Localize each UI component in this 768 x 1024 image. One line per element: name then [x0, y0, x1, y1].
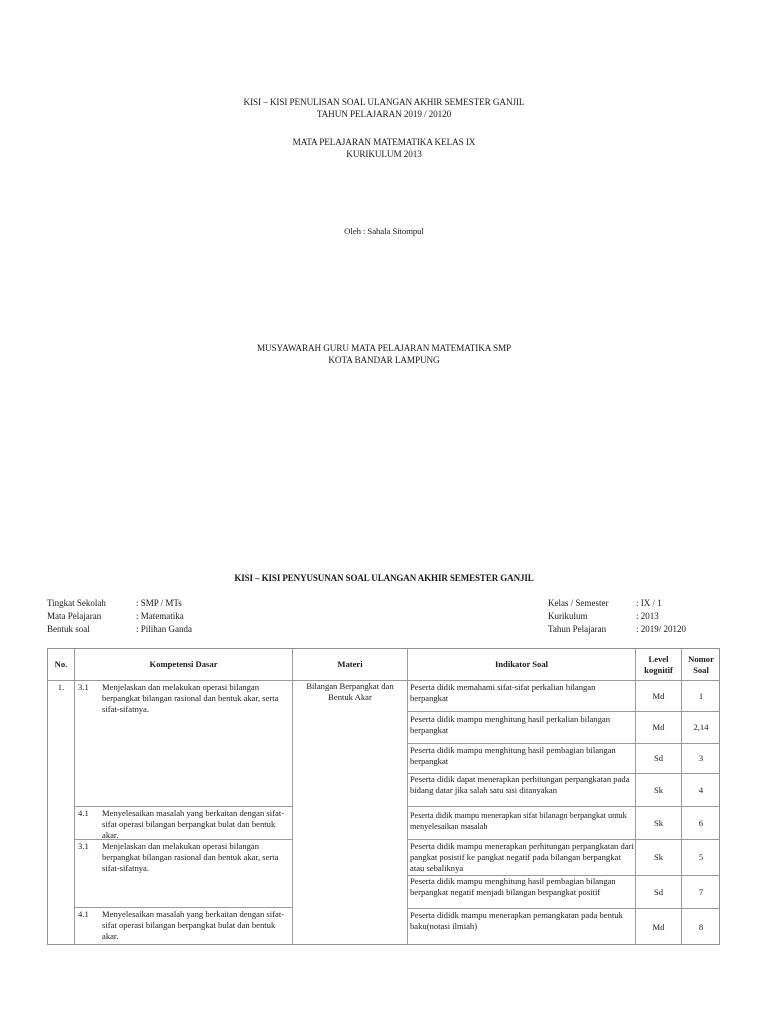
level-6: Sk — [636, 840, 681, 875]
header-kompetensi-dasar: Kompetensi Dasar — [75, 649, 292, 680]
level-8: Md — [636, 909, 681, 945]
nomor-5: 6 — [682, 807, 720, 839]
kd-code-2: 4.1 — [78, 808, 89, 819]
info-label-tingkat: Tingkat Sekolah — [47, 597, 106, 610]
nomor-7: 7 — [682, 876, 720, 908]
indikator-1: Peserta didik memahami sifat-sifat perka… — [410, 682, 634, 704]
materi-value: Bilangan Berpangkat dan Bentuk Akar — [294, 681, 406, 703]
indikator-6: Peserta didik mampu menerapkan perhitung… — [410, 841, 634, 874]
info-value-tahun: : 2019/ 20120 — [636, 623, 686, 636]
nomor-1: 1 — [682, 681, 720, 711]
info-value-bentuk: : Pilihan Ganda — [136, 623, 192, 636]
level-7: Sd — [636, 876, 681, 908]
info-value-tingkat: : SMP / MTs — [136, 597, 182, 610]
kd-code-4: 4.1 — [78, 909, 89, 920]
header-nomor-soal: Nomor Soal — [682, 649, 720, 680]
cover-org-line2: KOTA BANDAR LAMPUNG — [0, 354, 768, 366]
level-2: Md — [636, 712, 681, 743]
cover-author: Oleh : Sahala Sitompul — [0, 225, 768, 237]
header-no: No. — [48, 649, 74, 680]
indikator-7: Peserta didik mampu menghitung hasil pem… — [410, 876, 634, 898]
nomor-3: 3 — [682, 744, 720, 773]
kd-text-2: Menyelesaikan masalah yang berkaitan den… — [102, 808, 292, 841]
cover-title-line1: KISI – KISI PENULISAN SOAL ULANGAN AKHIR… — [0, 96, 768, 108]
indikator-3: Peserta didik mampu menghitung hasil pem… — [410, 745, 634, 767]
indikator-2: Peserta didik mampu menghitung hasil per… — [410, 714, 634, 736]
level-1: Md — [636, 681, 681, 711]
info-value-kurikulum: : 2013 — [636, 610, 659, 623]
divider-no-kd — [74, 649, 75, 945]
indikator-8: Peserta dididk mampu menerapkan pemangka… — [410, 910, 634, 932]
nomor-2: 2,14 — [682, 712, 720, 743]
header-materi: Materi — [293, 649, 407, 680]
cover-subject-line1: MATA PELAJARAN MATEMATIKA KELAS IX — [0, 136, 768, 148]
kd-text-4: Menyelesaikan masalah yang berkaitan den… — [102, 909, 292, 942]
nomor-4: 4 — [682, 774, 720, 806]
info-label-mapel: Mata Pelajaran — [47, 610, 101, 623]
level-5: Sk — [636, 807, 681, 839]
nomor-8: 8 — [682, 909, 720, 945]
nomor-6: 5 — [682, 840, 720, 875]
indikator-4: Peserta didik dapat menerapkan perhitung… — [410, 774, 634, 796]
info-label-kelas: Kelas / Semester — [548, 597, 608, 610]
level-4: Sk — [636, 774, 681, 806]
info-label-bentuk: Bentuk soal — [47, 623, 90, 636]
info-label-tahun: Tahun Pelajaran — [548, 623, 606, 636]
info-value-kelas: : IX / 1 — [636, 597, 662, 610]
divider-kd-materi — [292, 649, 293, 945]
divider-materi-indikator — [407, 649, 408, 945]
kd-divider-3 — [74, 907, 292, 908]
indikator-5: Peserta didik mampu menerapkan sifat bil… — [410, 810, 634, 832]
info-value-mapel: : Matematika — [136, 610, 184, 623]
cover-title-line2: TAHUN PELAJARAN 2019 / 20120 — [0, 108, 768, 120]
row-number: 1. — [48, 681, 74, 693]
info-label-kurikulum: Kurikulum — [548, 610, 588, 623]
header-level-kognitif: Level kognitif — [636, 649, 681, 680]
kd-text-3: Menjelaskan dan melakukan operasi bilang… — [102, 841, 292, 874]
level-3: Sd — [636, 744, 681, 773]
cover-org-line1: MUSYAWARAH GURU MATA PELAJARAN MATEMATIK… — [0, 342, 768, 354]
kisi-kisi-table: No. Kompetensi Dasar Materi Indikator So… — [47, 648, 720, 945]
kd-code-3: 3.1 — [78, 841, 89, 852]
kd-code-1: 3.1 — [78, 682, 89, 693]
kd-divider-1 — [74, 806, 292, 807]
cover-subject-line2: KURIKULUM 2013 — [0, 148, 768, 160]
header-indikator-soal: Indikator Soal — [408, 649, 635, 680]
kd-text-1: Menjelaskan dan melakukan operasi bilang… — [102, 682, 292, 715]
grid-title: KISI – KISI PENYUSUNAN SOAL ULANGAN AKHI… — [0, 572, 768, 584]
